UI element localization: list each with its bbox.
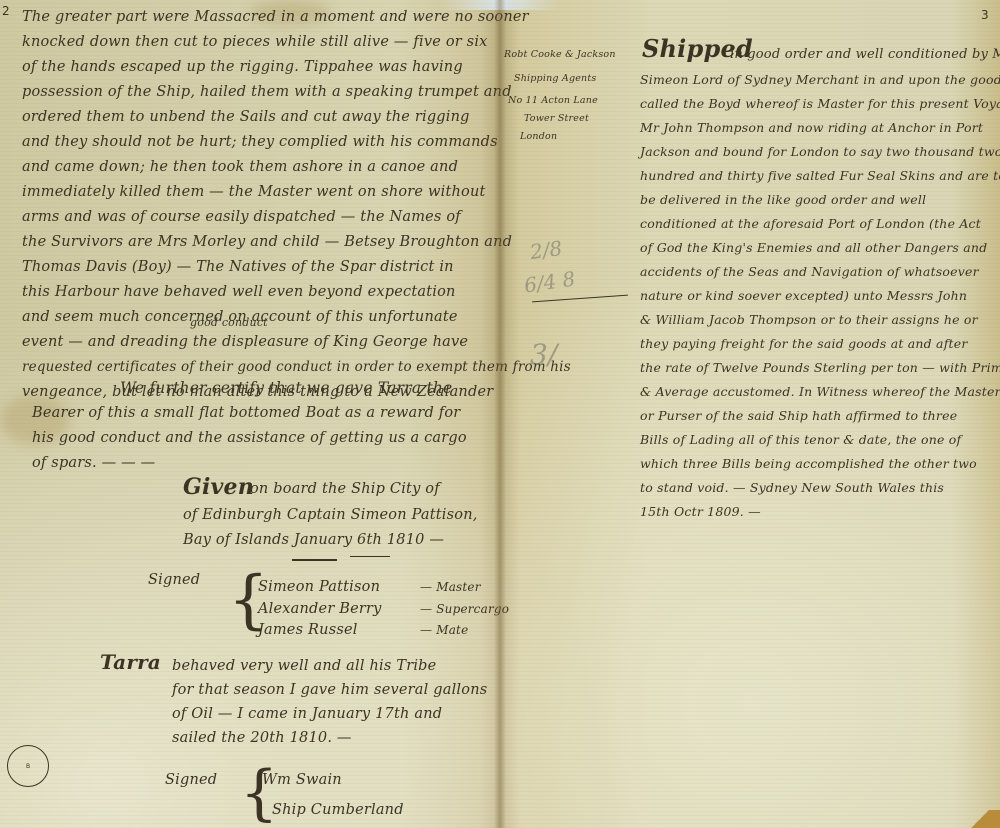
right-page: 3 Robt Cooke & Jackson Shipping Agents N… [502,0,1000,828]
page-number: 2 [2,4,10,18]
left-page: 2 The greater part were Massacred in a m… [0,0,498,828]
signature-role: — Mate [420,615,468,645]
given-lead-word: Given [183,474,254,500]
signed-label: Signed [165,765,217,795]
text-line: of spars. — — — [32,448,155,478]
pencil-mark: 6/4 8 [523,267,577,298]
stamp-text: B [26,763,30,770]
text-line: Bay of Islands January 6th 1810 — [183,525,444,555]
pencil-mark: 3/ [530,338,557,371]
margin-line: London [520,126,557,148]
signature-name: James Russel [258,615,358,645]
text-line: sailed the 20th 1810. — [172,723,352,753]
text-line: 15th Octr 1809. — [640,497,761,527]
signature-name: Wm Swain [262,765,342,795]
divider-rule [350,556,390,557]
interlinear-note: good conduct [190,312,268,334]
ink-stroke [532,295,628,303]
signed-label: Signed [148,565,200,595]
manuscript-spread: 2 The greater part were Massacred in a m… [0,0,1000,828]
library-stamp-icon: B [7,745,49,787]
margin-line: Robt Cooke & Jackson [504,44,616,66]
tarra-lead-word: Tarra [100,650,161,674]
signature-name: Ship Cumberland [272,795,404,825]
divider-rule [292,559,337,561]
page-number: 3 [981,8,989,22]
page-corner-stain [960,810,1000,828]
margin-line: Shipping Agents [514,68,596,90]
pencil-mark: 2/8 [528,236,563,264]
